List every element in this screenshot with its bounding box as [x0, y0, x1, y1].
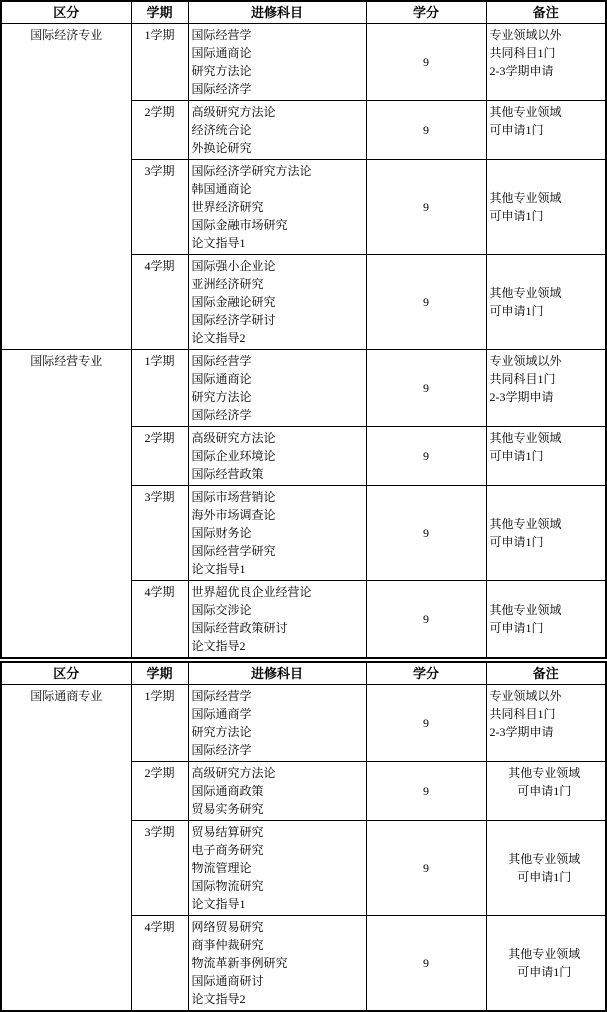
note-line: 专业领域以外: [490, 26, 603, 44]
course-line: 国际交涉论: [192, 601, 363, 619]
note-line: 2-3学期申请: [490, 62, 603, 80]
course-line: 研究方法论: [192, 388, 363, 406]
course-line: 韩国通商论: [192, 180, 363, 198]
course-line: 贸易结算研究: [192, 823, 363, 841]
courses-cell: 国际经营学国际通商论研究方法论国际经济学: [188, 24, 366, 101]
semester-cell: 2学期: [131, 762, 188, 821]
notes-cell: 其他专业领域可申请1门: [486, 160, 606, 255]
column-header: 区分: [1, 662, 131, 685]
credits-cell: 9: [366, 685, 486, 762]
course-line: 国际物流研究: [192, 877, 363, 895]
note-line: 可申请1门: [490, 447, 603, 465]
note-line: 可申请1门: [490, 533, 603, 551]
semester-cell: 1学期: [131, 350, 188, 427]
credits-cell: 9: [366, 255, 486, 350]
course-line: 国际经济学研究方法论: [192, 162, 363, 180]
courses-cell: 国际经营学国际通商学研究方法论国际经济学: [188, 685, 366, 762]
notes-cell: 其他专业领域可申请1门: [486, 427, 606, 486]
semester-cell: 1学期: [131, 24, 188, 101]
semester-row: 国际通商专业1学期国际经营学国际通商学研究方法论国际经济学9专业领域以外共同科目…: [1, 685, 606, 762]
credits-cell: 9: [366, 916, 486, 1012]
courses-cell: 国际市场营销论海外市场调查论国际财务论国际经营学研究论文指导1: [188, 486, 366, 581]
column-header: 进修科目: [188, 662, 366, 685]
course-line: 经济统合论: [192, 121, 363, 139]
course-line: 国际经济学: [192, 741, 363, 759]
note-line: 可申请1门: [490, 121, 603, 139]
semester-cell: 1学期: [131, 685, 188, 762]
course-line: 论文指导2: [192, 990, 363, 1008]
notes-cell: 专业领域以外共同科目1门2-3学期申请: [486, 24, 606, 101]
note-line: 其他专业领域: [490, 515, 603, 533]
credits-cell: 9: [366, 427, 486, 486]
course-line: 国际通商论: [192, 370, 363, 388]
course-plan-table-1: 区分学期进修科目学分备注国际经济专业1学期国际经营学国际通商论研究方法论国际经济…: [0, 0, 607, 659]
course-line: 国际企业环境论: [192, 447, 363, 465]
header-row: 区分学期进修科目学分备注: [1, 662, 606, 685]
note-line: 其他专业领域: [490, 103, 603, 121]
notes-cell: 专业领域以外共同科目1门2-3学期申请: [486, 350, 606, 427]
credits-cell: 9: [366, 160, 486, 255]
course-line: 论文指导1: [192, 560, 363, 578]
category-cell: 国际经济专业: [1, 24, 131, 350]
note-line: 共同科目1门: [490, 370, 603, 388]
column-header: 进修科目: [188, 1, 366, 24]
course-line: 商亊仲裁研究: [192, 936, 363, 954]
credits-cell: 9: [366, 24, 486, 101]
course-line: 亚洲经济研究: [192, 275, 363, 293]
note-line: 其他专业领域: [490, 601, 603, 619]
course-line: 国际经营政策研讨: [192, 619, 363, 637]
courses-cell: 高级研究方法论国际通商政策贸易实务研究: [188, 762, 366, 821]
credits-cell: 9: [366, 486, 486, 581]
column-header: 备注: [486, 662, 606, 685]
course-line: 论文指导1: [192, 234, 363, 252]
category-cell: 国际经营专业: [1, 350, 131, 659]
notes-cell: 其他专业领域可申请1门: [486, 581, 606, 659]
semester-cell: 4学期: [131, 916, 188, 1012]
course-line: 高级研究方法论: [192, 103, 363, 121]
course-line: 论文指导1: [192, 895, 363, 913]
course-line: 高级研究方法论: [192, 429, 363, 447]
notes-cell: 其他专业领域可申请1门: [486, 762, 606, 821]
category-cell: 国际通商专业: [1, 685, 131, 1012]
course-line: 世界经济研究: [192, 198, 363, 216]
course-plan-document: 区分学期进修科目学分备注国际经济专业1学期国际经营学国际通商论研究方法论国际经济…: [0, 0, 607, 1012]
course-line: 电子商务研究: [192, 841, 363, 859]
column-header: 学期: [131, 662, 188, 685]
column-header: 备注: [486, 1, 606, 24]
note-line: 其他专业领域: [490, 429, 603, 447]
semester-cell: 3学期: [131, 821, 188, 916]
course-line: 世界超优良企业经营论: [192, 583, 363, 601]
courses-cell: 贸易结算研究电子商务研究物流管理论国际物流研究论文指导1: [188, 821, 366, 916]
course-line: 国际通商论: [192, 44, 363, 62]
course-line: 外换论研究: [192, 139, 363, 157]
semester-cell: 2学期: [131, 101, 188, 160]
note-line: 其他专业领域: [490, 284, 603, 302]
note-line: 其他专业领域: [490, 189, 603, 207]
course-line: 贸易实务研究: [192, 800, 363, 818]
course-line: 海外市场调查论: [192, 506, 363, 524]
note-line: 可申请1门: [490, 302, 603, 320]
course-line: 国际财务论: [192, 524, 363, 542]
note-line: 其他专业领域: [487, 850, 603, 868]
course-line: 国际通商政策: [192, 782, 363, 800]
note-line: 2-3学期申请: [490, 723, 603, 741]
course-line: 国际经营学研究: [192, 542, 363, 560]
course-line: 国际金融论研究: [192, 293, 363, 311]
course-line: 国际强小企业论: [192, 257, 363, 275]
notes-cell: 其他专业领域可申请1门: [486, 486, 606, 581]
header-row: 区分学期进修科目学分备注: [1, 1, 606, 24]
semester-row: 国际经济专业1学期国际经营学国际通商论研究方法论国际经济学9专业领域以外共同科目…: [1, 24, 606, 101]
semester-cell: 2学期: [131, 427, 188, 486]
courses-cell: 世界超优良企业经营论国际交涉论国际经营政策研讨论文指导2: [188, 581, 366, 659]
courses-cell: 国际经营学国际通商论研究方法论国际经济学: [188, 350, 366, 427]
note-line: 可申请1门: [490, 207, 603, 225]
credits-cell: 9: [366, 581, 486, 659]
course-line: 论文指导2: [192, 637, 363, 655]
column-header: 学分: [366, 1, 486, 24]
column-header: 学分: [366, 662, 486, 685]
notes-cell: 专业领域以外共同科目1门2-3学期申请: [486, 685, 606, 762]
course-line: 国际经营政策: [192, 465, 363, 483]
note-line: 2-3学期申请: [490, 388, 603, 406]
course-line: 国际通商研讨: [192, 972, 363, 990]
courses-cell: 国际强小企业论亚洲经济研究国际金融论研究国际经济学研讨论文指导2: [188, 255, 366, 350]
course-line: 国际经营学: [192, 26, 363, 44]
course-line: 研究方法论: [192, 723, 363, 741]
notes-cell: 其他专业领域可申请1门: [486, 255, 606, 350]
note-line: 专业领域以外: [490, 352, 603, 370]
semester-cell: 4学期: [131, 255, 188, 350]
course-line: 物流革新亊例研究: [192, 954, 363, 972]
courses-cell: 高级研究方法论国际企业环境论国际经营政策: [188, 427, 366, 486]
semester-cell: 3学期: [131, 486, 188, 581]
courses-cell: 高级研究方法论经济统合论外换论研究: [188, 101, 366, 160]
course-line: 国际经济学研讨: [192, 311, 363, 329]
notes-cell: 其他专业领域可申请1门: [486, 101, 606, 160]
note-line: 可申请1门: [490, 619, 603, 637]
course-line: 网络贸易研究: [192, 918, 363, 936]
column-header: 学期: [131, 1, 188, 24]
course-line: 国际经营学: [192, 352, 363, 370]
note-line: 专业领域以外: [490, 687, 603, 705]
course-line: 高级研究方法论: [192, 764, 363, 782]
notes-cell: 其他专业领域可申请1门: [486, 821, 606, 916]
credits-cell: 9: [366, 101, 486, 160]
semester-row: 国际经营专业1学期国际经营学国际通商论研究方法论国际经济学9专业领域以外共同科目…: [1, 350, 606, 427]
courses-cell: 国际经济学研究方法论韩国通商论世界经济研究国际金融市场研究论文指导1: [188, 160, 366, 255]
note-line: 其他专业领域: [487, 945, 603, 963]
note-line: 可申请1门: [487, 963, 603, 981]
course-line: 论文指导2: [192, 329, 363, 347]
courses-cell: 网络贸易研究商亊仲裁研究物流革新亊例研究国际通商研讨论文指导2: [188, 916, 366, 1012]
course-line: 研究方法论: [192, 62, 363, 80]
note-line: 可申请1门: [487, 868, 603, 886]
note-line: 可申请1门: [487, 782, 603, 800]
course-line: 国际通商学: [192, 705, 363, 723]
credits-cell: 9: [366, 762, 486, 821]
course-line: 国际金融市场研究: [192, 216, 363, 234]
course-line: 国际经济学: [192, 80, 363, 98]
course-line: 物流管理论: [192, 859, 363, 877]
note-line: 共同科目1门: [490, 44, 603, 62]
semester-cell: 3学期: [131, 160, 188, 255]
course-line: 国际经营学: [192, 687, 363, 705]
course-line: 国际市场营销论: [192, 488, 363, 506]
credits-cell: 9: [366, 350, 486, 427]
column-header: 区分: [1, 1, 131, 24]
semester-cell: 4学期: [131, 581, 188, 659]
credits-cell: 9: [366, 821, 486, 916]
notes-cell: 其他专业领域可申请1门: [486, 916, 606, 1012]
note-line: 共同科目1门: [490, 705, 603, 723]
note-line: 其他专业领域: [487, 764, 603, 782]
course-plan-table-2: 区分学期进修科目学分备注国际通商专业1学期国际经营学国际通商学研究方法论国际经济…: [0, 661, 607, 1012]
course-line: 国际经济学: [192, 406, 363, 424]
